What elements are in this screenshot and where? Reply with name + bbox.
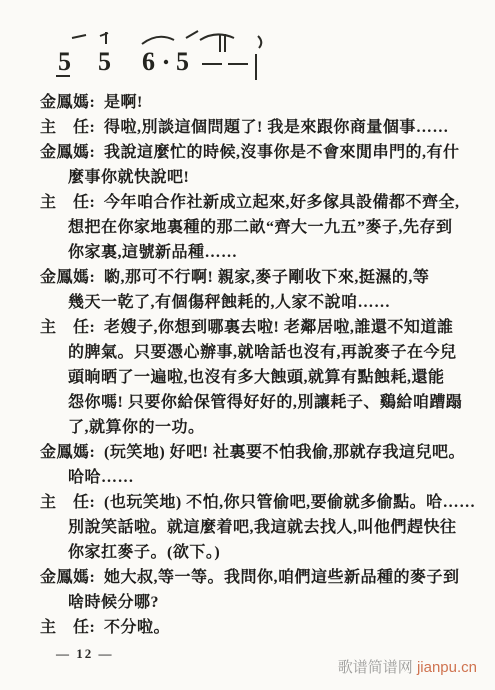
slur — [200, 34, 234, 40]
script-page: 5 5 6 5 金鳳媽:是啊! 主 任:得啦,別談這個問題了! 我是來跟你商量個… — [0, 0, 495, 690]
dialogue-line: 金鳳媽:我說這麼忙的時候,沒事你是不會來閒串門的,有什 麼事你就快說吧! — [40, 140, 475, 190]
jianpu-staff-svg: 5 5 6 5 — [50, 26, 270, 84]
dialogue-text: (玩笑地) 好吧! 社裏要不怕我偷,那就存我這兒吧。 哈哈…… — [68, 444, 465, 486]
dialogue-line: 金鳳媽:(玩笑地) 好吧! 社裏要不怕我偷,那就存我這兒吧。 哈哈…… — [40, 440, 475, 490]
dialogue-text: (也玩笑地) 不怕,你只管偷吧,要偷就多偷點。哈…… 別說笑話啦。就這麼着吧,我… — [68, 494, 476, 561]
dot-mark — [164, 60, 168, 64]
note-digit: 6 — [142, 47, 155, 76]
note-digit: 5 — [98, 47, 111, 76]
dialogue-line: 主 任:得啦,別談這個問題了! 我是來跟你商量個事…… — [40, 115, 475, 140]
note-digit: 5 — [58, 47, 71, 76]
ornament-dash — [72, 35, 86, 38]
speaker-name: 金鳳媽: — [40, 265, 104, 290]
page-number: — 12 — — [56, 646, 114, 662]
end-hook — [258, 36, 261, 48]
double-bar-icon — [220, 34, 225, 52]
speaker-name: 主 任: — [40, 315, 104, 340]
music-notation: 5 5 6 5 — [50, 26, 270, 84]
watermark-site-name: 歌谱简谱网 — [338, 659, 417, 676]
dialogue-text: 老嫂子,你想到哪裏去啦! 老鄰居啦,誰還不知道誰 的脾氣。只要憑心辦事,就啥話也… — [68, 319, 462, 436]
dialogue-line: 主 任:今年咱合作社新成立起來,好多傢具設備都不齊全, 想把在你家地裏種的那二畝… — [40, 190, 475, 265]
watermark-site-url: jianpu.cn — [417, 659, 477, 676]
speaker-name: 主 任: — [40, 115, 104, 140]
dialogue-text: 喲,那可不行啊! 親家,麥子剛收下來,挺濕的,等 幾天一乾了,有個傷秤蝕耗的,人… — [68, 269, 429, 311]
ornament-dash — [186, 31, 198, 38]
dialogue-text: 今年咱合作社新成立起來,好多傢具設備都不齊全, 想把在你家地裏種的那二畝“齊大一… — [68, 194, 460, 261]
speaker-name: 主 任: — [40, 615, 104, 640]
dialogue-line: 金鳳媽:她大叔,等一等。我問你,咱們這些新品種的麥子到 啥時候分哪? — [40, 565, 475, 615]
dialogue-line: 金鳳媽:是啊! — [40, 90, 475, 115]
dialogue-text: 我說這麼忙的時候,沒事你是不會來閒串門的,有什 麼事你就快說吧! — [68, 144, 460, 186]
dialogue-body: 金鳳媽:是啊! 主 任:得啦,別談這個問題了! 我是來跟你商量個事…… 金鳳媽:… — [40, 90, 475, 640]
speaker-name: 主 任: — [40, 490, 104, 515]
dialogue-line: 主 任:老嫂子,你想到哪裏去啦! 老鄰居啦,誰還不知道誰 的脾氣。只要憑心辦事,… — [40, 315, 475, 440]
speaker-name: 金鳳媽: — [40, 140, 104, 165]
dialogue-line: 主 任:(也玩笑地) 不怕,你只管偷吧,要偷就多偷點。哈…… 別說笑話啦。就這麼… — [40, 490, 475, 565]
dialogue-text: 是啊! — [104, 94, 143, 111]
watermark: 歌谱简谱网 jianpu.cn — [338, 656, 477, 677]
dialogue-line: 主 任:不分啦。 — [40, 615, 475, 640]
slur — [142, 37, 174, 44]
dialogue-text: 得啦,別談這個問題了! 我是來跟你商量個事…… — [104, 119, 449, 136]
speaker-name: 金鳳媽: — [40, 565, 104, 590]
note-digit: 5 — [176, 47, 189, 76]
dialogue-line: 金鳳媽:喲,那可不行啊! 親家,麥子剛收下來,挺濕的,等 幾天一乾了,有個傷秤蝕… — [40, 265, 475, 315]
dialogue-text: 不分啦。 — [104, 619, 170, 636]
speaker-name: 金鳳媽: — [40, 440, 104, 465]
speaker-name: 主 任: — [40, 190, 104, 215]
dialogue-text: 她大叔,等一等。我問你,咱們這些新品種的麥子到 啥時候分哪? — [68, 569, 460, 611]
speaker-name: 金鳳媽: — [40, 90, 104, 115]
